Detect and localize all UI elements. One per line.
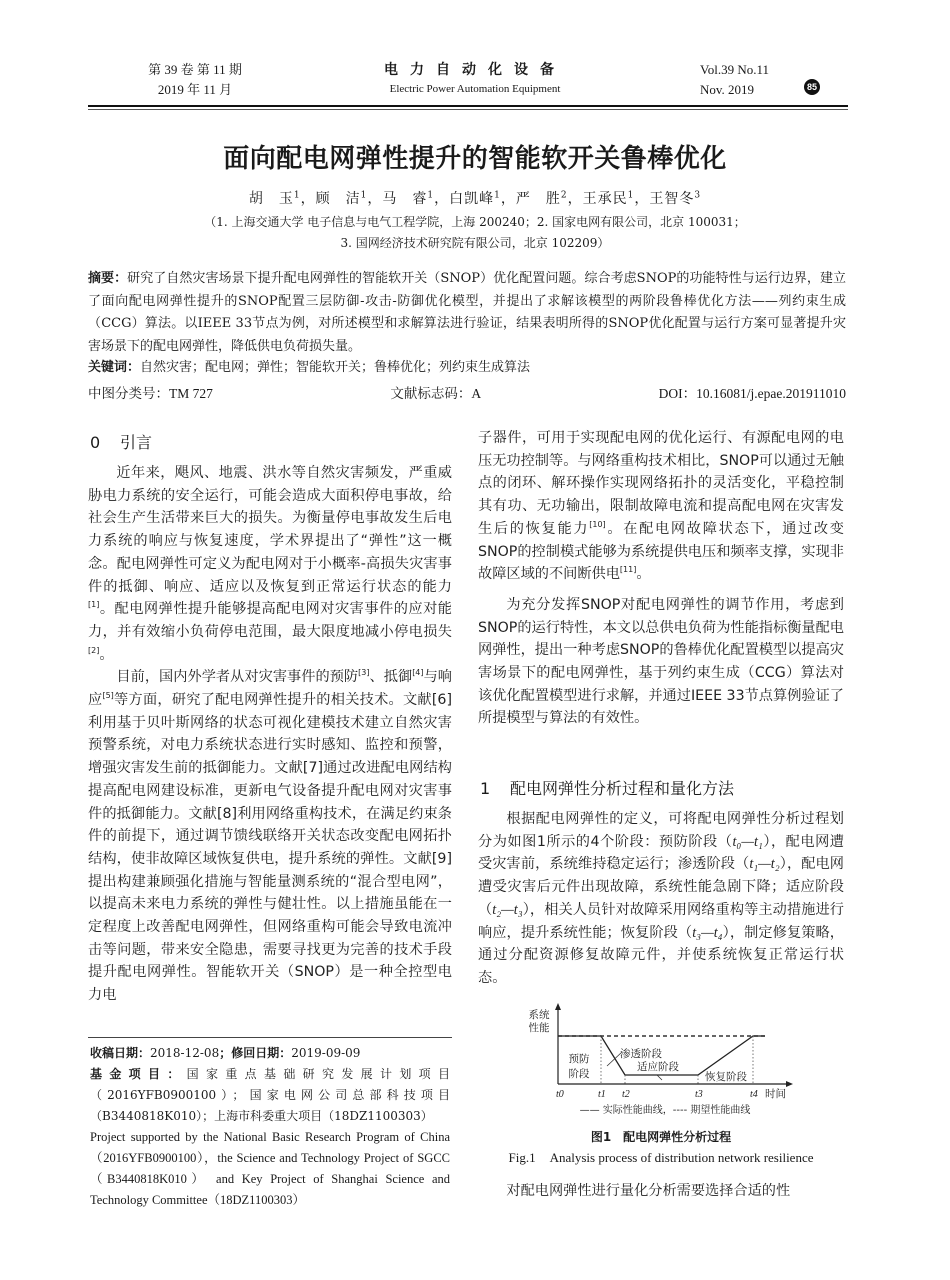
citation-ref[interactable]: [10] [589, 520, 605, 529]
affiliations: （1. 上海交通大学 电子信息与电气工程学院，上海 200240；2. 国家电网… [90, 212, 860, 254]
figure-caption-en: Fig.1Analysis process of distribution ne… [478, 1150, 844, 1166]
figure-resilience-process: 系统 性能 预防 阶段 渗透阶段 适应阶段 恢复阶段 t0 t1 t2 t3 t… [515, 1000, 800, 1125]
author-affiliation-mark: 1 [494, 190, 501, 200]
citation-ref[interactable]: [5] [102, 691, 113, 700]
phase-label-prevention: 阶段 [569, 1068, 590, 1080]
paragraph: 子器件，可用于实现配电网的优化运行、有源配电网的电压无功控制等。与网络重构技术相… [478, 427, 844, 586]
figure-caption-text: Analysis process of distribution network… [550, 1150, 814, 1165]
paragraph: 为充分发挥SNOP对配电网弹性的调节作用，考虑到SNOP的运行特性，本文以总供电… [478, 594, 844, 730]
paragraph-text: 、抵御 [369, 669, 412, 685]
fund-info: 基金项目：国家重点基础研究发展计划项目（2016YFB0900100）；国家电网… [90, 1064, 450, 1127]
section-heading-introduction: 0引言 [90, 433, 152, 453]
received-label: 收稿日期： [90, 1046, 150, 1060]
right-column: 子器件，可用于实现配电网的优化运行、有源配电网的电压无功控制等。与网络重构技术相… [478, 427, 844, 730]
abstract-label: 摘要： [88, 271, 127, 286]
journal-name-en: Electric Power Automation Equipment [330, 80, 620, 98]
doi[interactable]: DOI：10.16081/j.epae.201911010 [659, 384, 846, 404]
header-rule-thick [88, 105, 848, 107]
tick-t3: t3 [695, 1089, 703, 1100]
keywords: 关键词：自然灾害；配电网；弹性；智能软开关；鲁棒优化；列约束生成算法 [88, 358, 846, 378]
y-axis-label-line2: 性能 [529, 1021, 550, 1034]
document-code-label: 文献标志码： [390, 386, 471, 402]
paragraph: 对配电网弹性进行量化分析需要选择合适的性 [478, 1180, 844, 1203]
citation-ref[interactable]: [4] [412, 668, 423, 677]
author-affiliation-mark: 1 [628, 190, 635, 200]
right-column-continuation: 对配电网弹性进行量化分析需要选择合适的性 [478, 1180, 844, 1203]
time-interval: t₁—t₂ [749, 856, 779, 872]
paper-title: 面向配电网弹性提升的智能软开关鲁棒优化 [90, 138, 860, 175]
footnote-rule [88, 1037, 452, 1038]
clc-value: TM 727 [169, 386, 213, 401]
keywords-text: 自然灾害；配电网；弹性；智能软开关；鲁棒优化；列约束生成算法 [140, 360, 530, 375]
paragraph-text: 近年来，飓风、地震、洪水等自然灾害频发，严重威胁电力系统的安全运行，可能会造成大… [88, 465, 452, 595]
section-number: 1 [480, 779, 510, 799]
citation-ref[interactable]: [1] [88, 600, 99, 609]
section-title: 引言 [120, 433, 152, 452]
journal-name: 电力自动化设备 Electric Power Automation Equipm… [330, 60, 620, 98]
fund-label: 基金项目： [90, 1067, 187, 1081]
author-list: 胡 玉1，顾 洁1，马 睿1，白凯峰1，严 胜2，王承民1，王智冬3 [90, 188, 860, 208]
phase-label-adaptation: 适应阶段 [637, 1060, 679, 1073]
document-code: 文献标志码：A [390, 384, 481, 404]
footnote: 收稿日期：2018-12-08；修回日期：2019-09-09 基金项目：国家重… [90, 1043, 450, 1211]
page-number-badge: 85 [804, 79, 820, 95]
phase-label-penetration: 渗透阶段 [620, 1047, 662, 1060]
revised-label: ；修回日期： [219, 1046, 291, 1060]
section-title: 配电网弹性分析过程和量化方法 [510, 779, 734, 798]
phase-label-prevention: 预防 [569, 1053, 590, 1065]
section-number: 0 [90, 433, 120, 453]
phase-label-recovery: 恢复阶段 [705, 1070, 747, 1083]
header-rule-thin [88, 109, 848, 110]
time-interval: t₀—t₁ [732, 834, 762, 850]
paragraph-text: 。 [99, 647, 113, 663]
tick-t2: t2 [622, 1089, 630, 1100]
tick-t4: t4 [750, 1089, 758, 1100]
volume-issue-cn: 第 39 卷 第 11 期 [95, 60, 295, 80]
y-axis-label-line1: 系统 [529, 1008, 550, 1021]
author-affiliation-mark: 1 [361, 190, 368, 200]
author-affiliation-mark: 2 [561, 190, 568, 200]
citation-ref[interactable]: [2] [88, 646, 99, 655]
abstract-text: 研究了自然灾害场景下提升配电网弹性的智能软开关（SNOP）优化配置问题。综合考虑… [88, 271, 846, 354]
paragraph-text: 。配电网弹性提升能够提高配电网对灾害事件的应对能力，并有效缩小负荷停电范围，最大… [88, 601, 452, 640]
author: 王智冬 [649, 191, 694, 207]
citation-ref[interactable]: [3] [358, 668, 369, 677]
x-axis-label: 时间 [765, 1087, 786, 1100]
clc-label: 中图分类号： [88, 386, 169, 402]
figure-caption-cn: 图1 配电网弹性分析过程 [478, 1128, 844, 1145]
tick-t1: t1 [598, 1089, 606, 1100]
author: 顾 洁 [316, 191, 361, 207]
citation-ref[interactable]: [11] [620, 565, 636, 574]
document-code-value: A [471, 386, 481, 401]
keywords-label: 关键词： [88, 360, 140, 375]
affiliation-line-2: 3. 国网经济技术研究院有限公司，北京 102209） [90, 233, 860, 254]
right-column-section1: 根据配电网弹性的定义，可将配电网弹性分析过程划分为如图1所示的4个阶段：预防阶段… [478, 808, 844, 990]
date-cn: 2019 年 11 月 [95, 80, 295, 100]
author-affiliation-mark: 1 [427, 190, 434, 200]
left-column: 近年来，飓风、地震、洪水等自然灾害频发，严重威胁电力系统的安全运行，可能会造成大… [88, 462, 452, 1007]
author: 马 睿 [382, 191, 427, 207]
author: 王承民 [583, 191, 628, 207]
volume-issue-en: Vol.39 No.11 [700, 60, 840, 80]
author-affiliation-mark: 3 [694, 190, 701, 200]
author: 白凯峰 [449, 191, 494, 207]
revised-date: 2019-09-09 [291, 1046, 360, 1060]
time-interval: t₃—t₄ [692, 925, 722, 941]
affiliation-line-1: （1. 上海交通大学 电子信息与电气工程学院，上海 200240；2. 国家电网… [90, 212, 860, 233]
author-affiliation-mark: 1 [294, 190, 301, 200]
resilience-curve-diagram: 系统 性能 预防 阶段 渗透阶段 适应阶段 恢复阶段 t0 t1 t2 t3 t… [515, 1000, 800, 1125]
paragraph-text: 。 [636, 566, 650, 582]
received-dates: 收稿日期：2018-12-08；修回日期：2019-09-09 [90, 1043, 450, 1064]
paragraph-text: 目前，国内外学者从对灾害事件的预防 [116, 669, 358, 685]
abstract: 摘要：研究了自然灾害场景下提升配电网弹性的智能软开关（SNOP）优化配置问题。综… [88, 268, 846, 358]
section-heading-resilience-analysis: 1配电网弹性分析过程和量化方法 [480, 779, 734, 799]
figure-legend: —— 实际性能曲线，---- 期望性能曲线 [580, 1103, 751, 1116]
classification-row: 中图分类号：TM 727 文献标志码：A DOI：10.16081/j.epae… [88, 384, 846, 404]
author: 严 胜 [516, 191, 561, 207]
time-interval: t₂—t₃ [492, 902, 522, 918]
received-date: 2018-12-08 [150, 1046, 219, 1060]
journal-name-cn: 电力自动化设备 [330, 60, 620, 80]
paragraph: 近年来，飓风、地震、洪水等自然灾害频发，严重威胁电力系统的安全运行，可能会造成大… [88, 462, 452, 666]
tick-t0: t0 [556, 1089, 564, 1100]
paragraph-text: 等方面，研究了配电网弹性提升的相关技术。文献[6]利用基于贝叶斯网络的状态可视化… [88, 692, 452, 1003]
paragraph: 目前，国内外学者从对灾害事件的预防[3]、抵御[4]与响应[5]等方面，研究了配… [88, 666, 452, 1007]
fund-info-en: Project supported by the National Basic … [90, 1127, 450, 1211]
journal-issue-cn: 第 39 卷 第 11 期 2019 年 11 月 [95, 60, 295, 100]
figure-number: Fig.1 [508, 1150, 535, 1165]
clc-number: 中图分类号：TM 727 [88, 384, 213, 404]
paragraph: 根据配电网弹性的定义，可将配电网弹性分析过程划分为如图1所示的4个阶段：预防阶段… [478, 808, 844, 990]
author: 胡 玉 [249, 191, 294, 207]
journal-issue-en: Vol.39 No.11 Nov. 2019 [700, 60, 840, 100]
